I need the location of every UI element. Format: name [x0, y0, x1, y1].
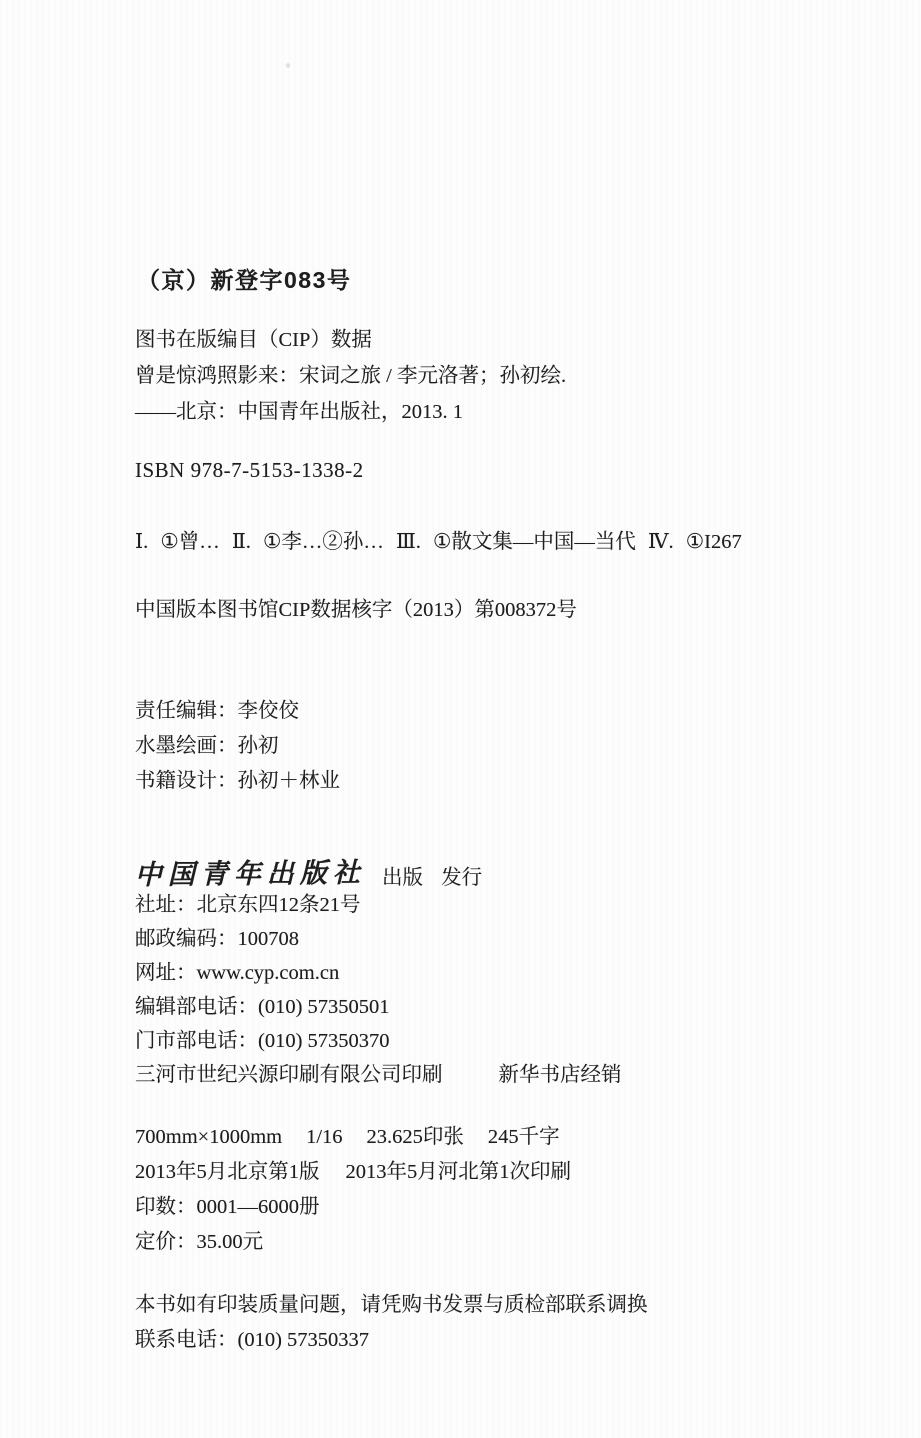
editorial-phone: 编辑部电话：(010) 57350501 [135, 990, 622, 1024]
price: 定价：35.00元 [135, 1225, 571, 1260]
format-spec-row: 700mm×1000mm 1/16 23.625印张 245千字 [135, 1120, 571, 1155]
staff-credits-block: 责任编辑：李佼佼 水墨绘画：孙初 书籍设计：孙初＋林业 [135, 694, 340, 799]
edition-info: 2013年5月北京第1版 [135, 1155, 320, 1190]
copyright-colophon-page: （京）新登字083号 图书在版编目（CIP）数据 曾是惊鸿照影来：宋词之旅 / … [0, 0, 921, 1438]
credit-book-design: 书籍设计：孙初＋林业 [135, 764, 340, 799]
quality-notice-text: 本书如有印装质量问题，请凭购书发票与质检部联系调换 [135, 1288, 648, 1323]
cip-classification: Ⅰ. ①曾… Ⅱ. ①李…②孙… Ⅲ. ①散文集—中国—当代 Ⅳ. ①I267 [135, 524, 742, 554]
credit-responsible-editor: 责任编辑：李佼佼 [135, 694, 340, 729]
quality-notice-block: 本书如有印装质量问题，请凭购书发票与质检部联系调换 联系电话：(010) 573… [135, 1288, 648, 1358]
publisher-website: 网址：www.cyp.com.cn [135, 956, 622, 990]
publisher-calligraphy-logo: 中国青年出版社 [135, 851, 366, 892]
cip-record-number: 中国版本图书馆CIP数据核字（2013）第008372号 [135, 592, 577, 622]
print-run: 印数：0001—6000册 [135, 1190, 571, 1225]
edition-row: 2013年5月北京第1版 2013年5月河北第1次印刷 [135, 1155, 571, 1190]
publisher-address: 社址：北京东四12条21号 [135, 888, 622, 922]
printer-distributor-row: 三河市世纪兴源印刷有限公司印刷 新华书店经销 [135, 1058, 622, 1092]
credit-ink-painting: 水墨绘画：孙初 [135, 729, 340, 764]
store-phone: 门市部电话：(010) 57350370 [135, 1024, 622, 1058]
printer-name: 三河市世纪兴源印刷有限公司印刷 [135, 1058, 443, 1092]
sheet-size: 700mm×1000mm [135, 1120, 282, 1155]
publisher-contact-block: 社址：北京东四12条21号 邮政编码：100708 网址：www.cyp.com… [135, 888, 622, 1092]
printed-sheets: 23.625印张 [367, 1120, 464, 1155]
registration-number: （京）新登字083号 [137, 262, 351, 295]
folio-format: 1/16 [306, 1120, 342, 1155]
word-count: 245千字 [488, 1120, 560, 1155]
cip-publisher-line: ——北京：中国青年出版社，2013. 1 [135, 394, 566, 430]
publisher-postal-code: 邮政编码：100708 [135, 922, 622, 956]
impression-info: 2013年5月河北第1次印刷 [346, 1155, 572, 1190]
distributor-name: 新华书店经销 [499, 1058, 622, 1092]
scan-speck [286, 63, 290, 68]
cip-title-line: 曾是惊鸿照影来：宋词之旅 / 李元洛著；孙初绘. [135, 358, 566, 394]
cip-heading: 图书在版编目（CIP）数据 [135, 322, 566, 358]
publish-distribute-label: 出版 发行 [382, 860, 482, 890]
print-specification-block: 700mm×1000mm 1/16 23.625印张 245千字 2013年5月… [135, 1120, 571, 1260]
isbn-number: ISBN 978-7-5153-1338-2 [135, 458, 364, 483]
quality-contact-phone: 联系电话：(010) 57350337 [135, 1323, 648, 1358]
publisher-imprint-row: 中国青年出版社 出版 发行 [135, 853, 482, 892]
cip-block: 图书在版编目（CIP）数据 曾是惊鸿照影来：宋词之旅 / 李元洛著；孙初绘. —… [135, 322, 566, 430]
